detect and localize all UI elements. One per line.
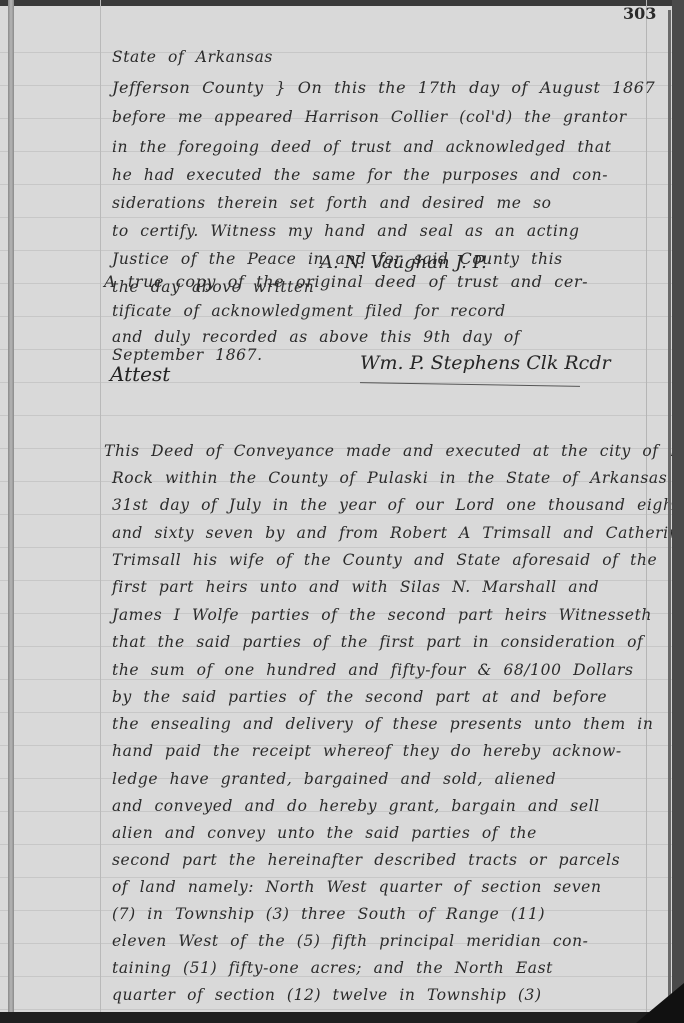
deed-line: Trimsall his wife of the County and Stat… — [112, 551, 652, 569]
certificate-heading-state: State of Arkansas — [112, 48, 652, 66]
justice-signature: A. N. Vaughan J. P. — [320, 252, 487, 273]
deed-line: taining (51) fifty-one acres; and the No… — [112, 959, 652, 977]
deed-line: alien and convey unto the said parties o… — [112, 824, 652, 842]
binding-strip — [8, 0, 14, 1023]
deed-line: of land namely: North West quarter of se… — [112, 878, 652, 896]
deed-line: Rock within the County of Pulaski in the… — [112, 469, 652, 487]
deed-line: James I Wolfe parties of the second part… — [112, 606, 652, 624]
recording-line: and duly recorded as above this 9th day … — [112, 328, 652, 346]
ledger-page: 303 State of Arkansas Jefferson County }… — [0, 0, 674, 1012]
recording-line: A true copy of the original deed of trus… — [104, 272, 644, 291]
certificate-line: in the foregoing deed of trust and ackno… — [112, 138, 652, 156]
page-corner-fold — [636, 983, 684, 1023]
deed-line: eleven West of the (5) fifth principal m… — [112, 932, 652, 950]
page-top-edge — [0, 0, 684, 6]
page-bottom-edge — [0, 1012, 684, 1023]
deed-line: ledge have granted, bargained and sold, … — [112, 770, 652, 788]
page-right-edge-shadow — [668, 10, 671, 1000]
attest-label: Attest — [110, 362, 170, 386]
page-number: 303 — [623, 4, 656, 23]
deed-line: by the said parties of the second part a… — [112, 688, 652, 706]
deed-line: hand paid the receipt whereof they do he… — [112, 742, 652, 760]
certificate-line: he had executed the same for the purpose… — [112, 166, 652, 184]
deed-line: (7) in Township (3) three South of Range… — [112, 905, 652, 923]
recording-line: tificate of acknowledgment filed for rec… — [112, 302, 652, 320]
signature-flourish — [360, 382, 580, 387]
page-right-edge — [672, 0, 684, 1023]
deed-line: This Deed of Conveyance made and execute… — [104, 442, 644, 460]
certificate-line: before me appeared Harrison Collier (col… — [112, 108, 652, 126]
deed-line: quarter of section (12) twelve in Townsh… — [112, 986, 652, 1004]
left-margin-rule — [100, 0, 101, 1012]
deed-line: the ensealing and delivery of these pres… — [112, 715, 652, 733]
certificate-line: to certify. Witness my hand and seal as … — [112, 222, 652, 240]
deed-line: first part heirs unto and with Silas N. … — [112, 578, 652, 596]
deed-line: 31st day of July in the year of our Lord… — [112, 496, 652, 514]
certificate-heading-county: Jefferson County } On this the 17th day … — [112, 78, 652, 97]
deed-line: and conveyed and do hereby grant, bargai… — [112, 797, 652, 815]
deed-line: second part the hereinafter described tr… — [112, 851, 652, 869]
deed-line: and sixty seven by and from Robert A Tri… — [112, 524, 652, 542]
certificate-line: siderations therein set forth and desire… — [112, 194, 652, 212]
deed-line: the sum of one hundred and fifty-four & … — [112, 661, 652, 679]
clerk-signature: Wm. P. Stephens Clk Rcdr — [360, 352, 611, 374]
deed-line: that the said parties of the first part … — [112, 633, 652, 651]
